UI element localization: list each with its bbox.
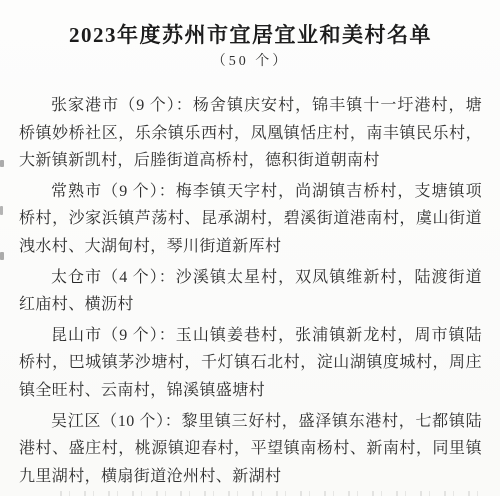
count-label: （9 个）： xyxy=(102,327,176,344)
document-page: 2023年度苏州市宜居宜业和美村名单 （50 个） 张家港市（9 个）：杨舍镇庆… xyxy=(0,0,500,496)
section-taicang: 太仓市（4 个）：沙溪镇太星村，双凤镇维新村，陆渡街道红庙村、横沥村 xyxy=(19,264,482,319)
city-name: 张家港市 xyxy=(51,97,119,114)
city-name: 昆山市 xyxy=(51,327,102,344)
section-kunshan: 昆山市（9 个）：玉山镇姜巷村，张浦镇新龙村，周市镇陆桥村，巴城镇茅沙塘村，千灯… xyxy=(19,322,482,405)
scan-artifact xyxy=(0,252,4,260)
document-title: 2023年度苏州市宜居宜业和美村名单 xyxy=(19,22,482,48)
cutoff-text-remnant xyxy=(55,491,480,496)
scan-artifact xyxy=(0,160,4,167)
city-name: 吴江区 xyxy=(51,413,101,430)
city-name: 太仓市 xyxy=(51,269,102,286)
count-label: （10 个）： xyxy=(101,413,181,430)
scan-artifact xyxy=(0,206,3,215)
section-changshu: 常熟市（9 个）：梅李镇天字村，尚湖镇吉桥村，支塘镇项桥村，沙家浜镇芦荡村、昆承… xyxy=(19,178,482,261)
count-label: （9 个）： xyxy=(119,97,193,114)
city-name: 常熟市 xyxy=(51,183,102,200)
section-zhangjiagang: 张家港市（9 个）：杨舍镇庆安村，锦丰镇十一圩港村，塘桥镇妙桥社区，乐余镇乐西村… xyxy=(19,92,482,175)
village-list: 张家港市（9 个）：杨舍镇庆安村，锦丰镇十一圩港村，塘桥镇妙桥社区，乐余镇乐西村… xyxy=(19,92,482,490)
document-subtitle: （50 个） xyxy=(19,52,482,72)
count-label: （9 个）： xyxy=(102,183,176,200)
count-label: （4 个）： xyxy=(102,269,176,286)
section-wujiang: 吴江区（10 个）：黎里镇三好村，盛泽镇东港村，七都镇陆港村、盛庄村，桃源镇迎春… xyxy=(19,408,482,491)
